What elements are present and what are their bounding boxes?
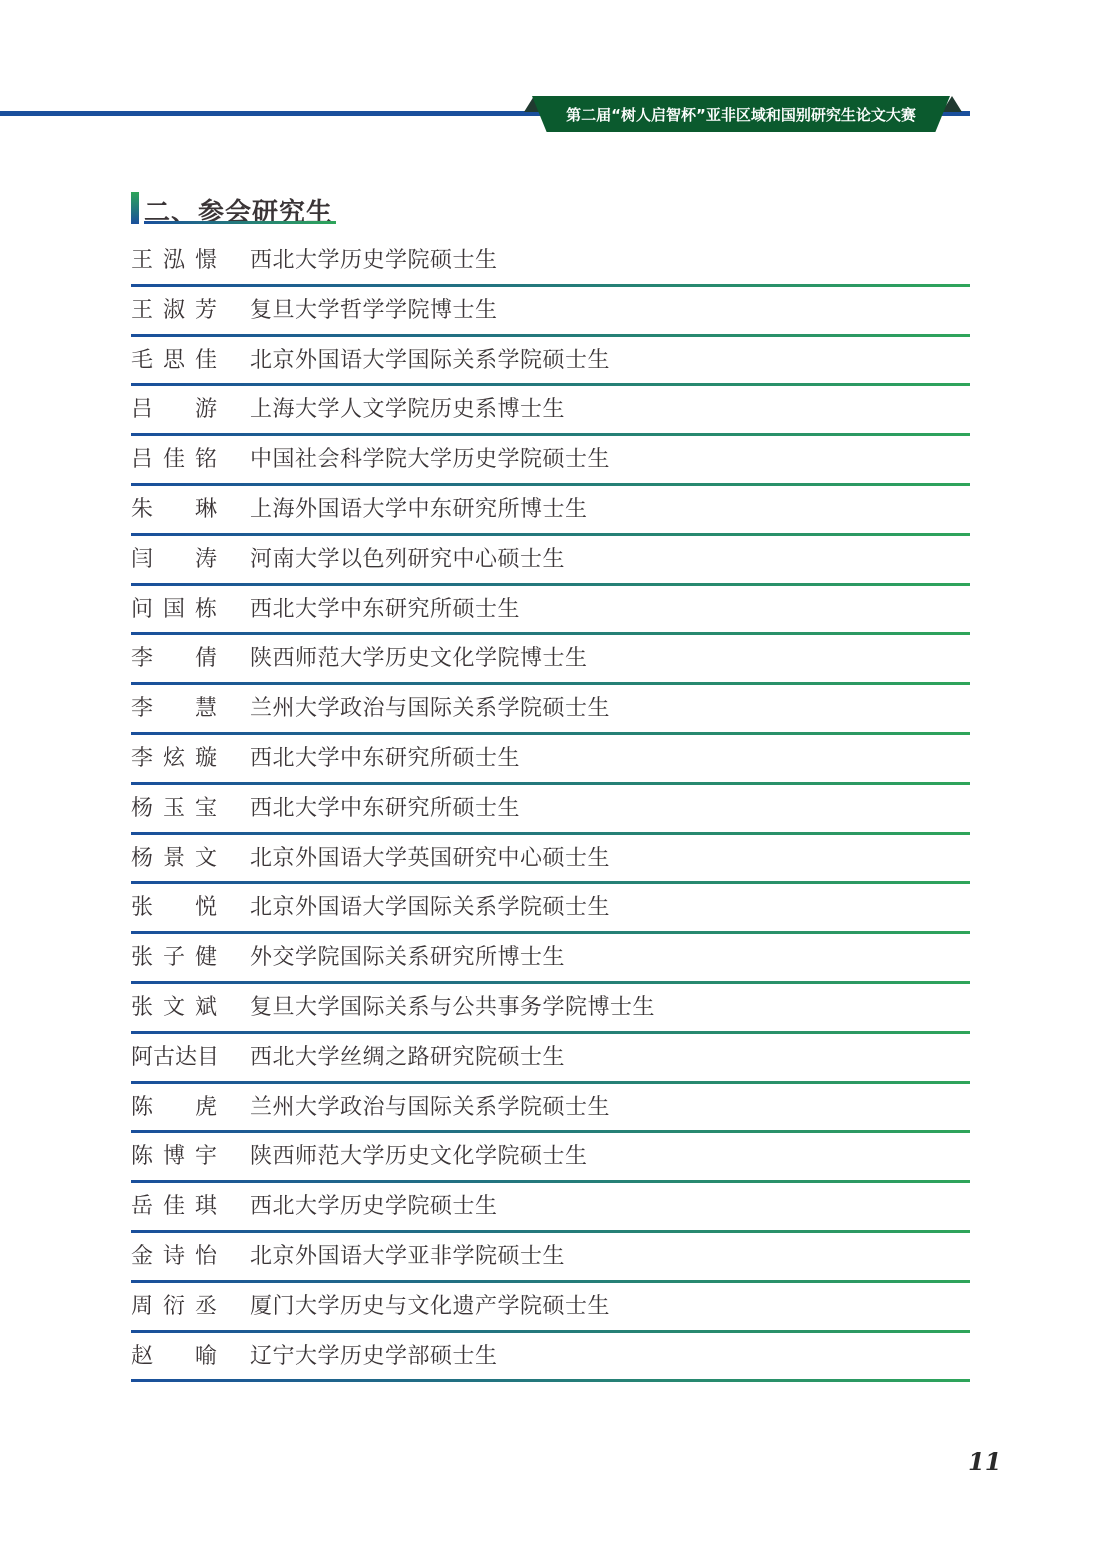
name-char: 李: [131, 645, 153, 673]
name-char: 朱: [131, 496, 153, 524]
name-char: 王: [131, 247, 153, 275]
participant-name: 金诗怡: [131, 1243, 217, 1271]
name-char: 悦: [195, 894, 217, 922]
participant-affiliation: 北京外国语大学国际关系学院硕士生: [250, 347, 610, 375]
name-char: 泓: [163, 247, 185, 275]
name-char: 达: [175, 1044, 197, 1072]
name-char: 金: [131, 1243, 153, 1271]
name-char: 王: [131, 297, 153, 325]
name-char: 岳: [131, 1193, 153, 1221]
participant-list: 王泓憬西北大学历史学院硕士生王淑芳复旦大学哲学学院博士生毛思佳北京外国语大学国际…: [131, 237, 970, 1382]
list-item: 金诗怡北京外国语大学亚非学院硕士生: [131, 1233, 970, 1283]
participant-name: 张悦: [131, 894, 217, 922]
list-item: 闫涛河南大学以色列研究中心硕士生: [131, 536, 970, 586]
list-item: 岳佳琪西北大学历史学院硕士生: [131, 1183, 970, 1233]
name-char: 璇: [195, 745, 217, 773]
list-item: 周衍丞厦门大学历史与文化遗产学院硕士生: [131, 1283, 970, 1333]
participant-affiliation: 西北大学中东研究所硕士生: [250, 596, 520, 624]
participant-name: 吕游: [131, 396, 217, 424]
participant-name: 赵喻: [131, 1343, 217, 1371]
name-char: 芳: [195, 297, 217, 325]
name-char: 目: [197, 1044, 219, 1072]
participant-name: 陈虎: [131, 1094, 217, 1122]
participant-name: 岳佳琪: [131, 1193, 217, 1221]
name-char: 斌: [195, 994, 217, 1022]
participant-affiliation: 西北大学历史学院硕士生: [250, 247, 498, 275]
name-char: 游: [195, 396, 217, 424]
name-char: 张: [131, 944, 153, 972]
participant-name: 问国栋: [131, 596, 217, 624]
participant-affiliation: 西北大学丝绸之路研究院硕士生: [250, 1044, 565, 1072]
name-char: 陈: [131, 1143, 153, 1171]
participant-name: 闫涛: [131, 546, 217, 574]
name-char: 张: [131, 894, 153, 922]
name-char: 喻: [195, 1343, 217, 1371]
participant-name: 李慧: [131, 695, 217, 723]
participant-affiliation: 北京外国语大学亚非学院硕士生: [250, 1243, 565, 1271]
participant-name: 毛思佳: [131, 347, 217, 375]
participant-affiliation: 辽宁大学历史学部硕士生: [250, 1343, 498, 1371]
list-item: 赵喻辽宁大学历史学部硕士生: [131, 1333, 970, 1383]
name-char: 铭: [195, 446, 217, 474]
participant-affiliation: 复旦大学国际关系与公共事务学院博士生: [250, 994, 655, 1022]
list-item: 问国栋西北大学中东研究所硕士生: [131, 586, 970, 636]
name-char: 琪: [195, 1193, 217, 1221]
name-char: 倩: [195, 645, 217, 673]
participant-affiliation: 陕西师范大学历史文化学院硕士生: [250, 1143, 588, 1171]
list-item: 吕游上海大学人文学院历史系博士生: [131, 386, 970, 436]
section-heading: 二、参会研究生: [131, 190, 351, 226]
participant-affiliation: 上海大学人文学院历史系博士生: [250, 396, 565, 424]
name-char: 衍: [163, 1293, 185, 1321]
section-accent-bar: [131, 192, 139, 224]
participant-name: 朱琳: [131, 496, 217, 524]
name-char: 佳: [163, 1193, 185, 1221]
name-char: 古: [153, 1044, 175, 1072]
participant-affiliation: 西北大学历史学院硕士生: [250, 1193, 498, 1221]
participant-affiliation: 北京外国语大学英国研究中心硕士生: [250, 845, 610, 873]
list-item: 张悦北京外国语大学国际关系学院硕士生: [131, 884, 970, 934]
list-item: 李倩陕西师范大学历史文化学院博士生: [131, 635, 970, 685]
name-char: 佳: [195, 347, 217, 375]
name-char: 景: [163, 845, 185, 873]
list-item: 陈博宇陕西师范大学历史文化学院硕士生: [131, 1133, 970, 1183]
name-char: 涛: [195, 546, 217, 574]
name-char: 文: [163, 994, 185, 1022]
name-char: 赵: [131, 1343, 153, 1371]
name-char: 国: [163, 596, 185, 624]
header-banner: 第二届“树人启智杯”亚非区域和国别研究生论文大赛: [532, 96, 950, 132]
row-divider: [131, 1379, 970, 1382]
name-char: 周: [131, 1293, 153, 1321]
name-char: 吕: [131, 446, 153, 474]
participant-name: 陈博宇: [131, 1143, 217, 1171]
participant-affiliation: 陕西师范大学历史文化学院博士生: [250, 645, 588, 673]
name-char: 吕: [131, 396, 153, 424]
list-item: 张子健外交学院国际关系研究所博士生: [131, 934, 970, 984]
name-char: 怡: [195, 1243, 217, 1271]
participant-affiliation: 兰州大学政治与国际关系学院硕士生: [250, 695, 610, 723]
name-char: 张: [131, 994, 153, 1022]
participant-affiliation: 厦门大学历史与文化遗产学院硕士生: [250, 1293, 610, 1321]
participant-name: 李炫璇: [131, 745, 217, 773]
name-char: 虎: [195, 1094, 217, 1122]
name-char: 宇: [195, 1143, 217, 1171]
banner-title: 第二届“树人启智杯”亚非区域和国别研究生论文大赛: [566, 104, 916, 125]
name-char: 闫: [131, 546, 153, 574]
name-char: 文: [195, 845, 217, 873]
participant-affiliation: 河南大学以色列研究中心硕士生: [250, 546, 565, 574]
participant-affiliation: 西北大学中东研究所硕士生: [250, 745, 520, 773]
participant-name: 张子健: [131, 944, 217, 972]
list-item: 朱琳上海外国语大学中东研究所博士生: [131, 486, 970, 536]
list-item: 吕佳铭中国社会科学院大学历史学院硕士生: [131, 436, 970, 486]
participant-name: 周衍丞: [131, 1293, 217, 1321]
name-char: 琳: [195, 496, 217, 524]
name-char: 慧: [195, 695, 217, 723]
name-char: 玉: [163, 795, 185, 823]
list-item: 阿古达目西北大学丝绸之路研究院硕士生: [131, 1034, 970, 1084]
participant-name: 吕佳铭: [131, 446, 217, 474]
name-char: 健: [195, 944, 217, 972]
list-item: 陈虎兰州大学政治与国际关系学院硕士生: [131, 1084, 970, 1134]
name-char: 淑: [163, 297, 185, 325]
list-item: 毛思佳北京外国语大学国际关系学院硕士生: [131, 337, 970, 387]
name-char: 子: [163, 944, 185, 972]
name-char: 诗: [163, 1243, 185, 1271]
participant-affiliation: 中国社会科学院大学历史学院硕士生: [250, 446, 610, 474]
name-char: 思: [163, 347, 185, 375]
page-number: 11: [968, 1447, 1001, 1476]
participant-affiliation: 兰州大学政治与国际关系学院硕士生: [250, 1094, 610, 1122]
name-char: 宝: [195, 795, 217, 823]
list-item: 王淑芳复旦大学哲学学院博士生: [131, 287, 970, 337]
list-item: 张文斌复旦大学国际关系与公共事务学院博士生: [131, 984, 970, 1034]
name-char: 李: [131, 745, 153, 773]
name-char: 憬: [195, 247, 217, 275]
list-item: 杨玉宝西北大学中东研究所硕士生: [131, 785, 970, 835]
list-item: 王泓憬西北大学历史学院硕士生: [131, 237, 970, 287]
participant-affiliation: 外交学院国际关系研究所博士生: [250, 944, 565, 972]
participant-affiliation: 上海外国语大学中东研究所博士生: [250, 496, 588, 524]
name-char: 毛: [131, 347, 153, 375]
name-char: 佳: [163, 446, 185, 474]
participant-name: 李倩: [131, 645, 217, 673]
list-item: 杨景文北京外国语大学英国研究中心硕士生: [131, 835, 970, 885]
participant-name: 张文斌: [131, 994, 217, 1022]
name-char: 杨: [131, 845, 153, 873]
name-char: 阿: [131, 1044, 153, 1072]
name-char: 陈: [131, 1094, 153, 1122]
participant-name: 王淑芳: [131, 297, 217, 325]
name-char: 博: [163, 1143, 185, 1171]
name-char: 炫: [163, 745, 185, 773]
name-char: 栋: [195, 596, 217, 624]
list-item: 李慧兰州大学政治与国际关系学院硕士生: [131, 685, 970, 735]
section-underline: [144, 221, 336, 224]
name-char: 杨: [131, 795, 153, 823]
participant-name: 杨玉宝: [131, 795, 217, 823]
participant-affiliation: 西北大学中东研究所硕士生: [250, 795, 520, 823]
participant-affiliation: 复旦大学哲学学院博士生: [250, 297, 498, 325]
participant-name: 王泓憬: [131, 247, 217, 275]
participant-name: 杨景文: [131, 845, 217, 873]
name-char: 丞: [195, 1293, 217, 1321]
participant-name: 阿古达目: [131, 1044, 217, 1072]
name-char: 问: [131, 596, 153, 624]
list-item: 李炫璇西北大学中东研究所硕士生: [131, 735, 970, 785]
name-char: 李: [131, 695, 153, 723]
participant-affiliation: 北京外国语大学国际关系学院硕士生: [250, 894, 610, 922]
